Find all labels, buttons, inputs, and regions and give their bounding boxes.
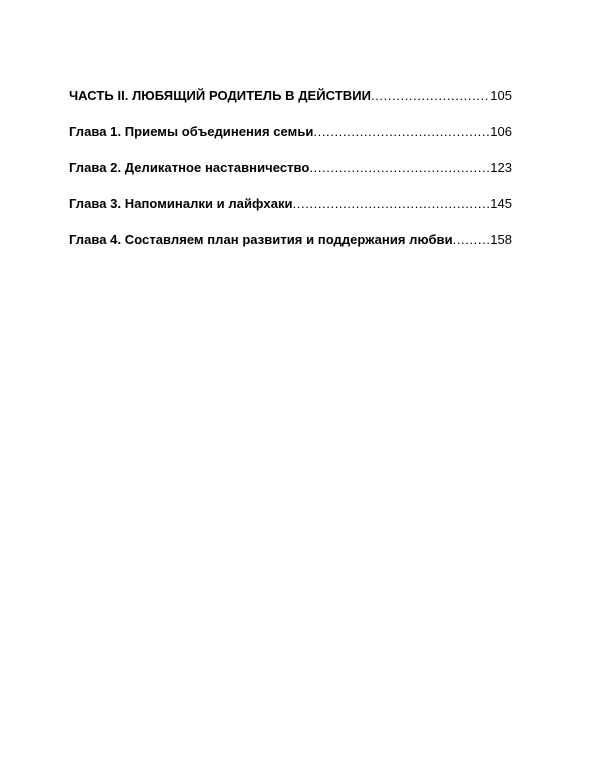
toc-entry-page-number: 158 <box>490 232 512 248</box>
dot-leader <box>453 232 491 248</box>
dot-leader <box>309 160 490 176</box>
dot-leader <box>293 196 491 212</box>
dot-leader <box>313 124 490 140</box>
toc-entry-title: Глава 4. Составляем план развития и подд… <box>69 232 453 248</box>
table-of-contents: ЧАСТЬ II. ЛЮБЯЩИЙ РОДИТЕЛЬ В ДЕЙСТВИИ 10… <box>69 88 512 268</box>
toc-entry-page-number: 106 <box>490 124 512 140</box>
toc-entry-chapter-3[interactable]: Глава 3. Напоминалки и лайфхаки 145 <box>69 196 512 232</box>
toc-entry-part-2[interactable]: ЧАСТЬ II. ЛЮБЯЩИЙ РОДИТЕЛЬ В ДЕЙСТВИИ 10… <box>69 88 512 124</box>
toc-entry-page-number: 105 <box>490 88 512 104</box>
toc-entry-page-number: 145 <box>490 196 512 212</box>
toc-entry-page-number: 123 <box>490 160 512 176</box>
toc-entry-title: Глава 1. Приемы объединения семьи <box>69 124 313 140</box>
toc-entry-chapter-2[interactable]: Глава 2. Деликатное наставничество 123 <box>69 160 512 196</box>
toc-entry-chapter-4[interactable]: Глава 4. Составляем план развития и подд… <box>69 232 512 268</box>
toc-entry-title: Глава 3. Напоминалки и лайфхаки <box>69 196 293 212</box>
toc-entry-chapter-1[interactable]: Глава 1. Приемы объединения семьи 106 <box>69 124 512 160</box>
dot-leader <box>371 88 490 104</box>
toc-entry-title: ЧАСТЬ II. ЛЮБЯЩИЙ РОДИТЕЛЬ В ДЕЙСТВИИ <box>69 88 371 104</box>
toc-entry-title: Глава 2. Деликатное наставничество <box>69 160 309 176</box>
